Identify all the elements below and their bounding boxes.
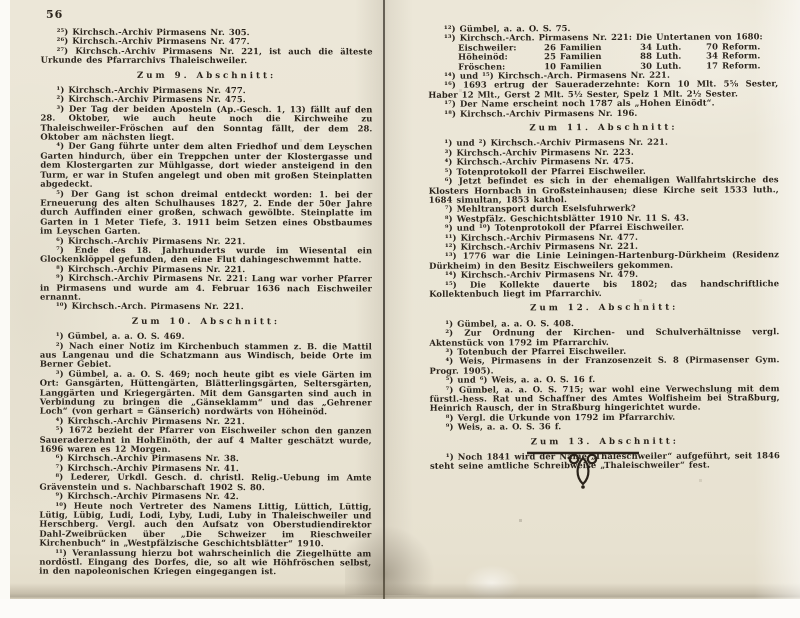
footnote-line: ⁷) Ende des 18. Jahrhunderts wurde im Wi… bbox=[40, 246, 372, 266]
page-number: 56 bbox=[46, 8, 63, 21]
footnote-line: ¹⁰) Heute noch Vertreter des Namens Litt… bbox=[39, 501, 371, 549]
scanner-background bbox=[0, 599, 800, 618]
footnote-line: ⁷) Gümbel, a. a. O. S. 715; war wohl ein… bbox=[430, 384, 780, 414]
tailpiece-ornament bbox=[527, 446, 639, 492]
table-cell: 17 Reform. bbox=[706, 61, 760, 71]
footnote-line: ¹⁸) Kirchsch.-Archiv Pirmasens Nr. 196. bbox=[428, 108, 778, 119]
footnote-line: ⁹) Kirchsch.-Archiv Pirmasens Nr. 221: L… bbox=[40, 274, 372, 303]
footnote-line: ⁵) 1672 bezieht der Pfarrer von Eischwei… bbox=[40, 426, 372, 455]
section-heading: Zum 9. Abschnitt: bbox=[41, 71, 373, 81]
footnote-line: ²) Zur Ordnung der Kirchen- und Schulver… bbox=[429, 327, 779, 347]
footnote-line: ⁴) Weis, Pirmasens in der Franzosenzeit … bbox=[429, 356, 779, 376]
footnote-line: ²⁷) Kirchsch.-Archiv Pirmasens Nr. 221, … bbox=[41, 46, 373, 66]
footnote-line: ⁹) Weis, a. a. O. S. 36 f. bbox=[430, 421, 780, 432]
right-page-text: ¹²) Gümbel, a. a. O. S. 75.¹³) Kirchsch.… bbox=[428, 23, 780, 471]
section-heading: Zum 10. Abschnitt: bbox=[40, 317, 372, 327]
section-heading: Zum 12. Abschnitt: bbox=[429, 304, 779, 315]
footnote-line: ⁸) Lederer, Urkdl. Gesch. d. christl. Re… bbox=[40, 473, 372, 493]
footnote-line: ¹¹) Veranlassung hierzu bot wahrscheinli… bbox=[39, 548, 371, 577]
footnote-line: ³) Gümbel, a. a. O. S. 469; noch heute g… bbox=[40, 369, 372, 417]
footnote-line: ³) Der Tag der beiden Aposteln (Ap.-Gesc… bbox=[40, 104, 372, 142]
left-page-text: ²⁵) Kirchsch.-Archiv Pirmasens Nr. 305.²… bbox=[39, 28, 372, 578]
footnote-line: ²) Nach einer Notiz im Kirchenbuch stamm… bbox=[40, 341, 372, 370]
paper-specks bbox=[0, 0, 1, 1]
footnote-line: ⁶) Jetzt befindet es sich in der ehemali… bbox=[429, 175, 779, 205]
footnote-line: ¹³) 1776 war die Linie Leiningen-Hartenb… bbox=[429, 251, 779, 271]
footnote-line: ⁴) Der Gang führte unter dem alten Fried… bbox=[40, 142, 372, 190]
section-heading: Zum 11. Abschnitt: bbox=[428, 123, 778, 134]
footnote-line: ¹⁶) 1693 ertrug der Saueraderzehnte: Kor… bbox=[428, 80, 778, 100]
footnote-line: ⁵) Der Gang ist schon dreimal entdeckt w… bbox=[40, 189, 372, 237]
footnote-line: ¹⁰) Kirchsch.-Arch. Pirmasens Nr. 221. bbox=[40, 302, 372, 312]
book-gutter bbox=[383, 0, 385, 599]
footnote-line: ¹⁵) Die Kollekte dauerte bis 1802; das h… bbox=[429, 279, 779, 299]
